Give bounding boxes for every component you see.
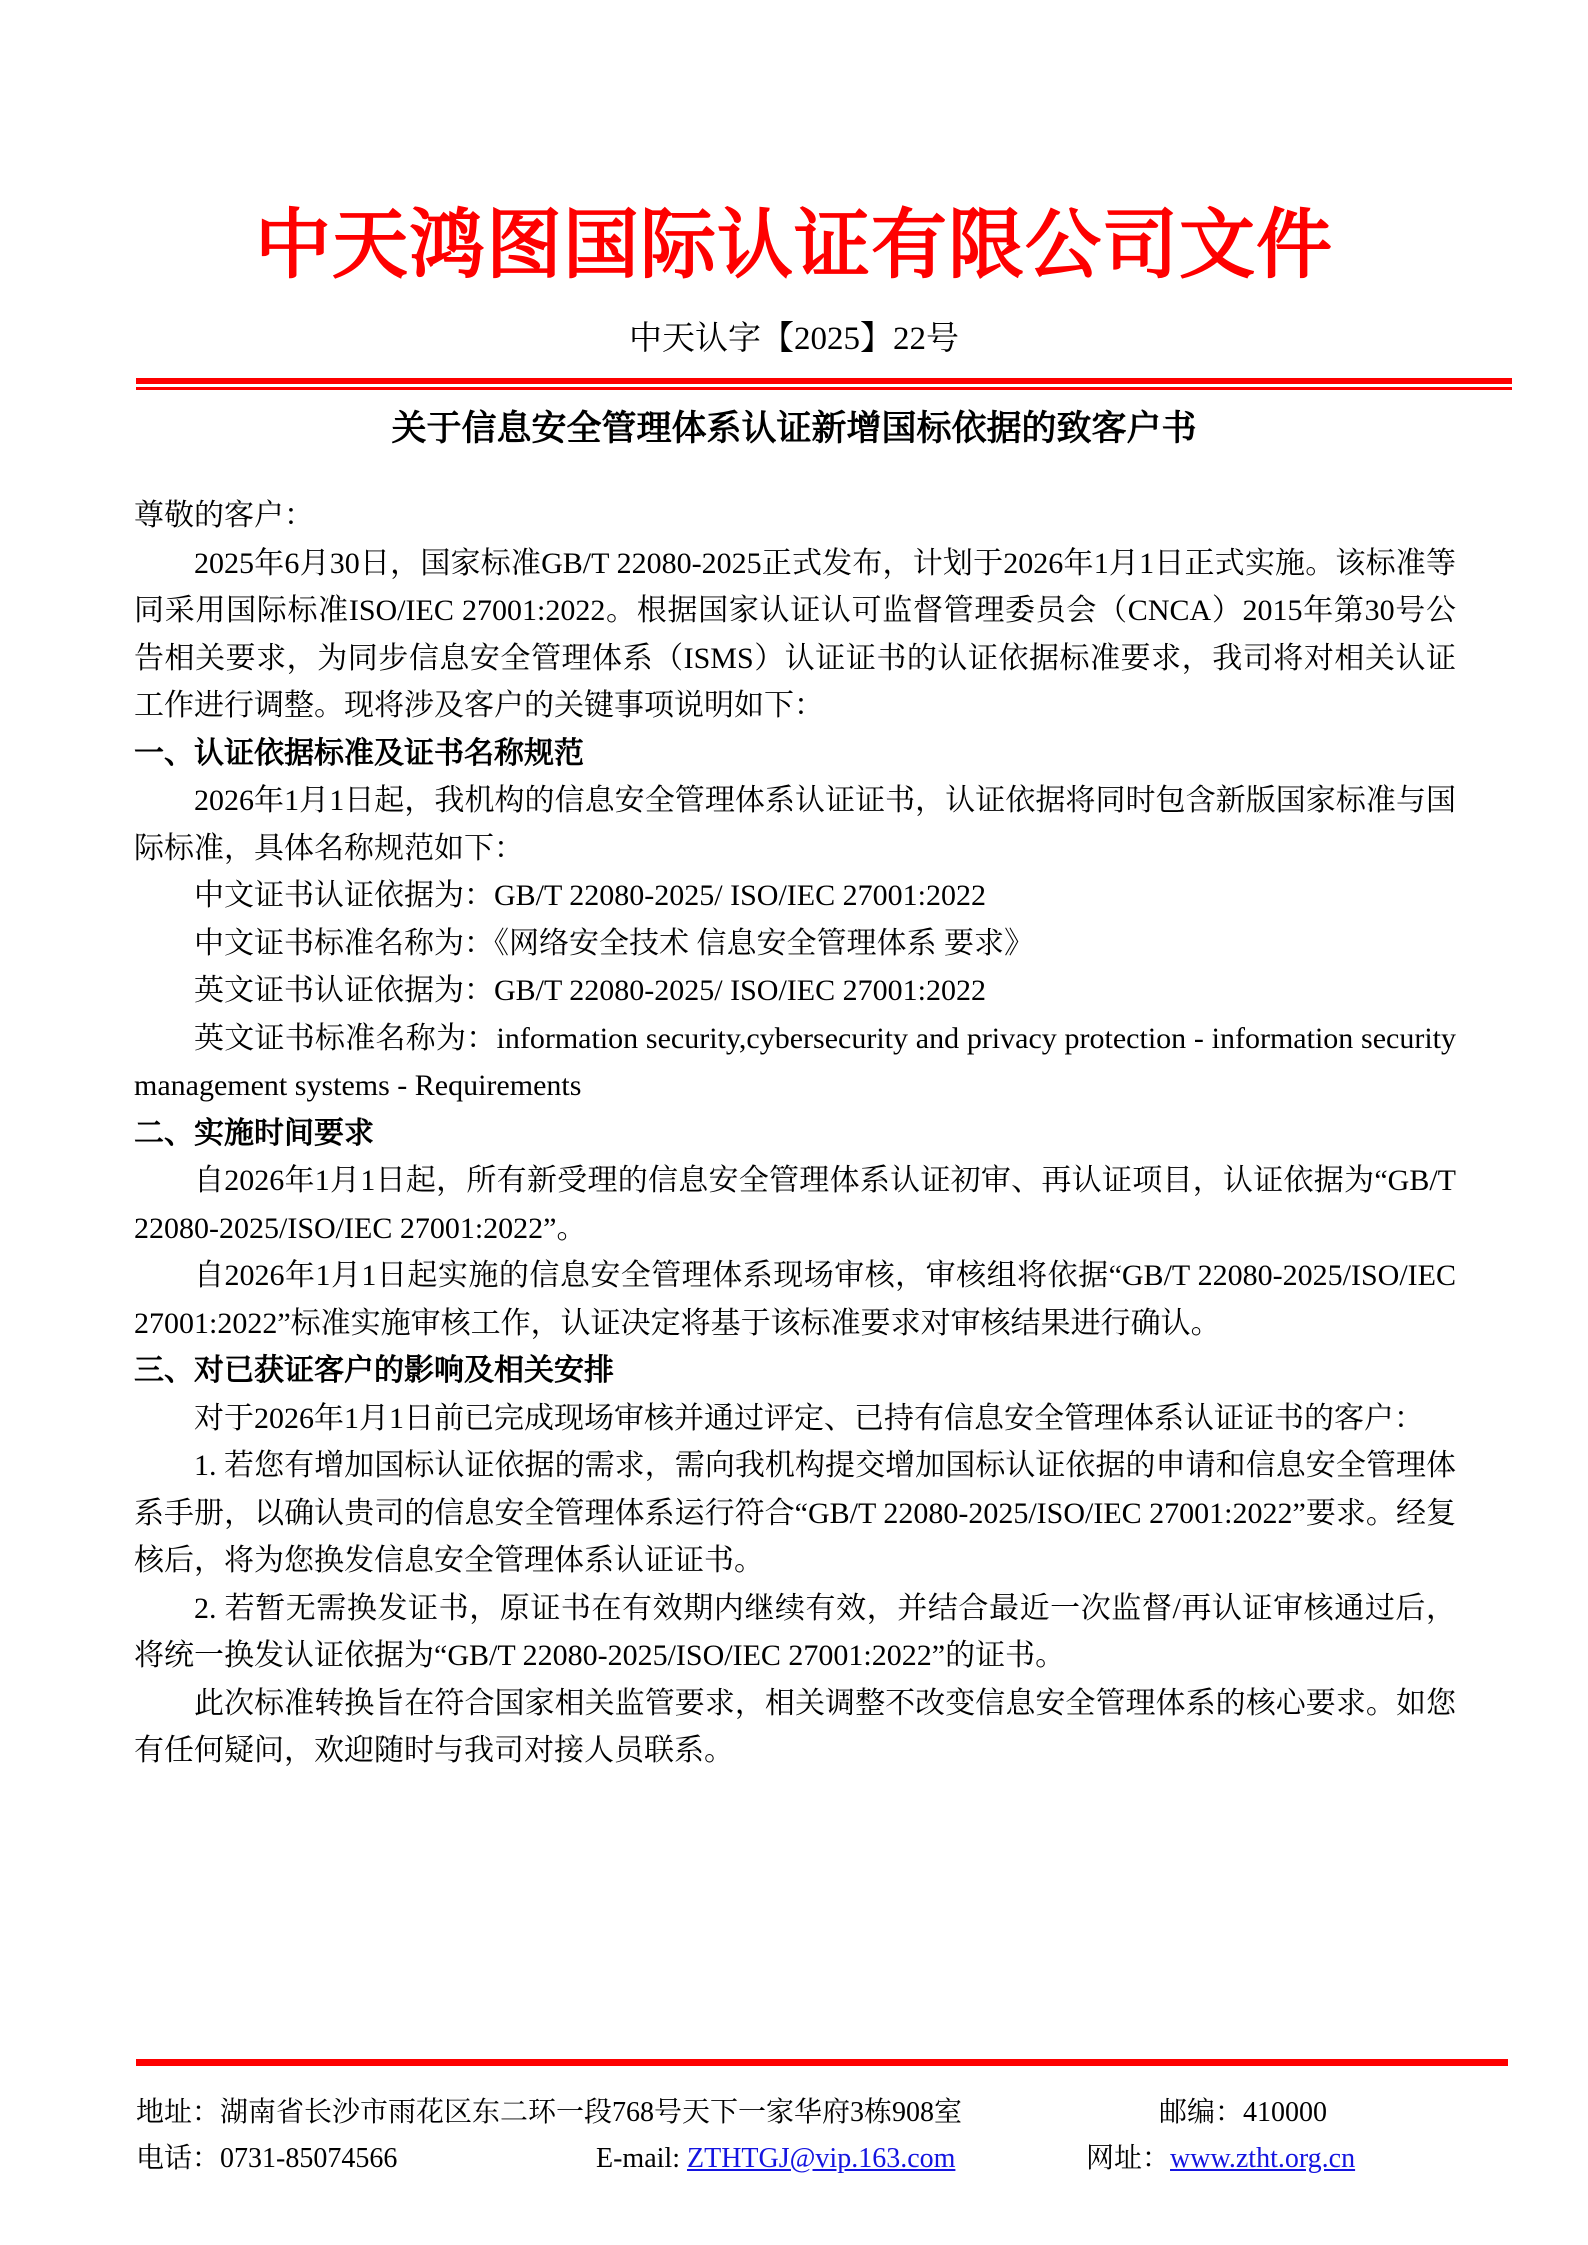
letter-body: 尊敬的客户： 2025年6月30日，国家标准GB/T 22080-2025正式发… xyxy=(134,492,1456,1775)
footer-phone: 电话：0731-85074566 xyxy=(136,2139,397,2179)
footer-email-label: E-mail: xyxy=(596,2143,687,2174)
footer-postal-code: 邮编：410000 xyxy=(1159,2093,1327,2133)
doc-title: 关于信息安全管理体系认证新增国标依据的致客户书 xyxy=(0,406,1588,452)
spec-line-en-name: 英文证书标准名称为：information security,cybersecu… xyxy=(134,1015,1456,1110)
paragraph-section2-a: 自2026年1月1日起，所有新受理的信息安全管理体系认证初审、再认证项目，认证依… xyxy=(134,1157,1456,1252)
document-page: 中天鸿图国际认证有限公司文件 中天认字【2025】22号 关于信息安全管理体系认… xyxy=(0,0,1588,2245)
paragraph-section2-b: 自2026年1月1日起实施的信息安全管理体系现场审核，审核组将依据“GB/T 2… xyxy=(134,1252,1456,1347)
paragraph-section3-item1: 1. 若您有增加国标认证依据的需求，需向我机构提交增加国标认证依据的申请和信息安… xyxy=(134,1442,1456,1585)
footer-website-label: 网址： xyxy=(1086,2143,1170,2174)
footer-email-link[interactable]: ZTHTGJ@vip.163.com xyxy=(687,2143,955,2174)
footer-row-1: 地址：湖南省长沙市雨花区东二环一段768号天下一家华府3栋908室 邮编：410… xyxy=(136,2093,1508,2133)
footer-website-group: 网址：www.ztht.org.cn xyxy=(1086,2139,1355,2179)
paragraph-section3-item2: 2. 若暂无需换发证书，原证书在有效期内继续有效，并结合最近一次监督/再认证审核… xyxy=(134,1585,1456,1680)
section-heading-1: 一、认证依据标准及证书名称规范 xyxy=(134,730,1456,778)
spec-line-cn-basis: 中文证书认证依据为：GB/T 22080-2025/ ISO/IEC 27001… xyxy=(134,872,1456,920)
footer-row-2: 电话：0731-85074566 E-mail: ZTHTGJ@vip.163.… xyxy=(136,2139,1508,2179)
footer-address: 地址：湖南省长沙市雨花区东二环一段768号天下一家华府3栋908室 xyxy=(136,2093,962,2133)
footer: 地址：湖南省长沙市雨花区东二环一段768号天下一家华府3栋908室 邮编：410… xyxy=(136,2059,1508,2179)
footer-divider xyxy=(136,2059,1508,2066)
header-divider xyxy=(136,378,1512,390)
section-heading-3: 三、对已获证客户的影响及相关安排 xyxy=(134,1347,1456,1395)
paragraph-intro: 2025年6月30日，国家标准GB/T 22080-2025正式发布，计划于20… xyxy=(134,540,1456,730)
spec-line-en-basis: 英文证书认证依据为：GB/T 22080-2025/ ISO/IEC 27001… xyxy=(134,967,1456,1015)
org-title: 中天鸿图国际认证有限公司文件 xyxy=(0,204,1588,289)
footer-website-link[interactable]: www.ztht.org.cn xyxy=(1170,2143,1355,2174)
paragraph-closing: 此次标准转换旨在符合国家相关监管要求，相关调整不改变信息安全管理体系的核心要求。… xyxy=(134,1680,1456,1775)
spec-line-cn-name: 中文证书标准名称为：《网络安全技术 信息安全管理体系 要求》 xyxy=(134,920,1456,968)
paragraph-section1-intro: 2026年1月1日起，我机构的信息安全管理体系认证证书，认证依据将同时包含新版国… xyxy=(134,777,1456,872)
doc-number: 中天认字【2025】22号 xyxy=(0,318,1588,360)
salutation: 尊敬的客户： xyxy=(134,492,1456,540)
section-heading-2: 二、实施时间要求 xyxy=(134,1110,1456,1158)
footer-email-group: E-mail: ZTHTGJ@vip.163.com xyxy=(596,2139,955,2179)
paragraph-section3-intro: 对于2026年1月1日前已完成现场审核并通过评定、已持有信息安全管理体系认证证书… xyxy=(134,1395,1456,1443)
